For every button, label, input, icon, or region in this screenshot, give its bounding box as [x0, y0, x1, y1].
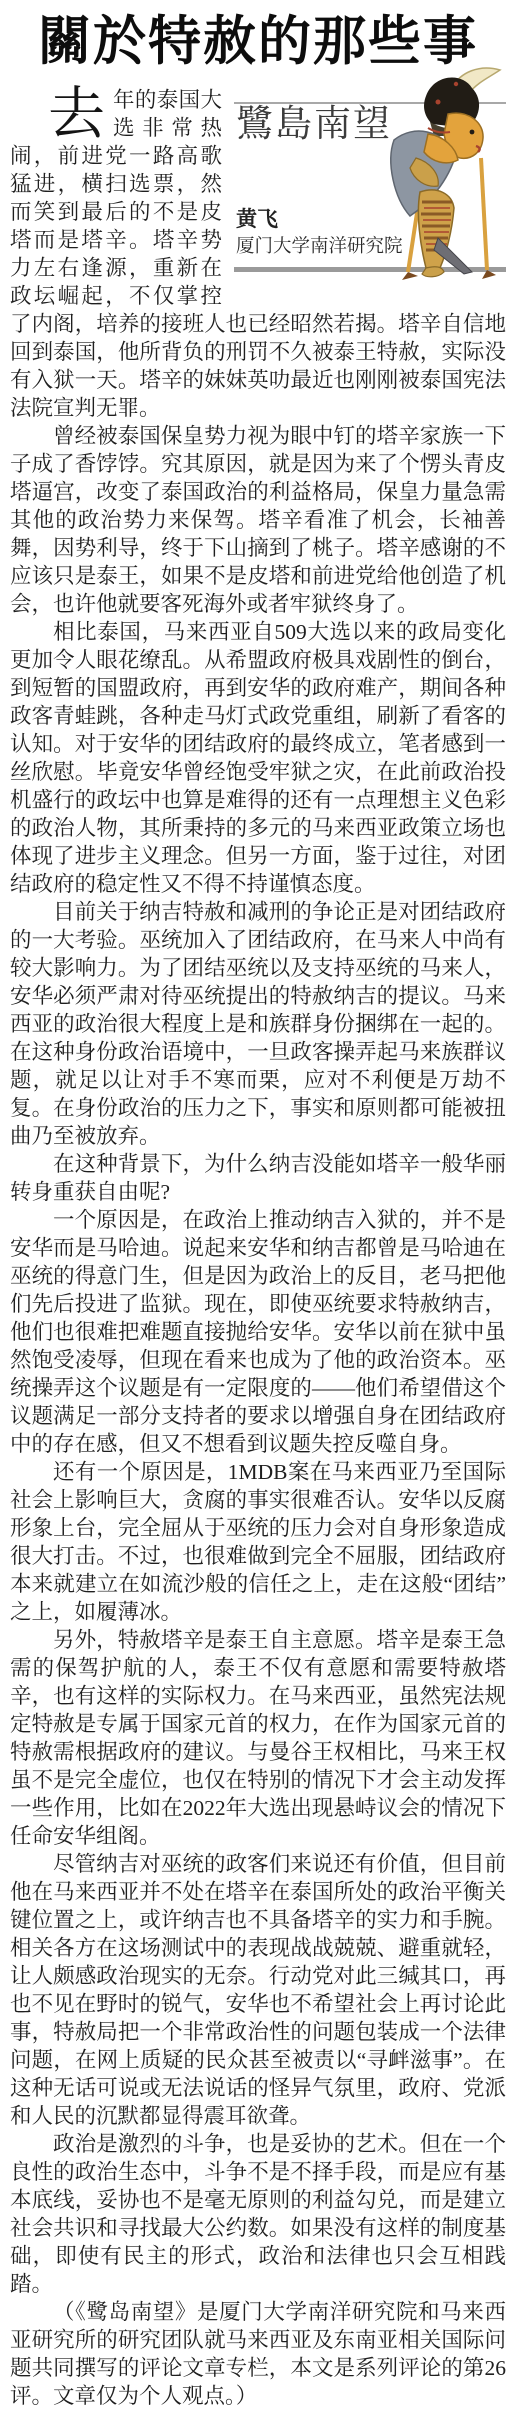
wayang-puppet-illustration — [368, 62, 510, 284]
paragraph: 相比泰国，马来西亚自509大选以来的政局变化更加令人眼花缭乱。从希盟政府极具戏剧… — [10, 618, 506, 898]
dropcap: 去 — [48, 88, 105, 142]
paragraph: 政治是激烈的斗争，也是妥协的艺术。但在一个良性的政治生态中，斗争不是不择手段，而… — [10, 2130, 506, 2298]
paragraph: 尽管纳吉对巫统的政客们来说还有价值，但目前他在马来西亚并不处在塔辛在泰国所处的政… — [10, 1850, 506, 2130]
paragraph: 还有一个原因是，1MDB案在马来西亚乃至国际社会上影响巨大，贪腐的事实很难否认。… — [10, 1458, 506, 1626]
author-name: 黄飞 — [236, 206, 278, 234]
article-body: 鷺島南望 — [10, 86, 506, 2410]
article-paragraphs: 曾经被泰国保皇势力视为眼中钉的塔辛家族一下子成了香饽饽。究其原因，就是因为来了个… — [10, 422, 506, 2410]
paragraph: 在这种背景下，为什么纳吉没能如塔辛一般华丽转身重获自由呢? — [10, 1150, 506, 1206]
paragraph: 曾经被泰国保皇势力视为眼中钉的塔辛家族一下子成了香饽饽。究其原因，就是因为来了个… — [10, 422, 506, 618]
column-info-box: 鷺島南望 — [234, 86, 506, 282]
paragraph: 一个原因是，在政治上推动纳吉入狱的，并不是安华而是马哈迪。说起来安华和纳吉都曾是… — [10, 1206, 506, 1458]
paragraph: 另外，特赦塔辛是泰王自主意愿。塔辛是泰王急需的保驾护航的人，泰王不仅有意愿和需要… — [10, 1626, 506, 1850]
newspaper-page: 關於特赦的那些事 鷺島南望 — [0, 0, 516, 2422]
paragraph: 目前关于纳吉特赦和减刑的争论正是对团结政府的一大考验。巫统加入了团结政府，在马来… — [10, 898, 506, 1150]
paragraph: （《鹭岛南望》是厦门大学南洋研究院和马来西亚研究所的研究团队就马来西亚及东南亚相… — [10, 2298, 506, 2410]
